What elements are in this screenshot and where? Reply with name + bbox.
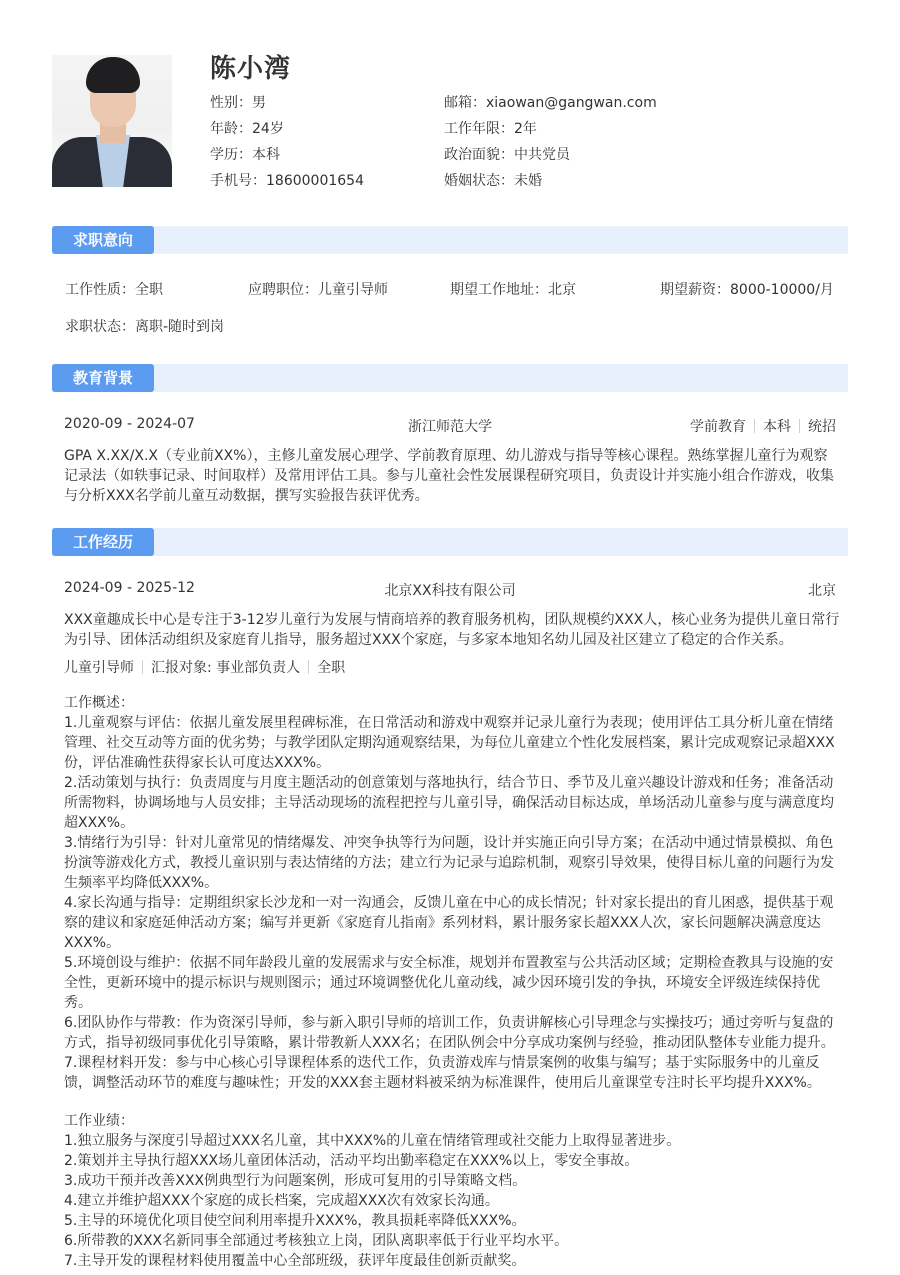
work-header-line: 2024-09 - 2025-12 北京XX科技有限公司 北京	[64, 580, 836, 600]
basic-info-left: 性别：男 年龄：24岁 学历：本科 手机号：18600001654	[210, 90, 364, 194]
info-email: 邮箱：xiaowan@gangwan.com	[444, 90, 657, 116]
education-description: GPA X.XX/X.X（专业前XX%），主修儿童发展心理学、学前教育原理、幼儿…	[64, 446, 840, 506]
info-degree: 学历：本科	[210, 142, 364, 168]
intent-position: 应聘职位：儿童引导师	[248, 279, 388, 299]
work-period: 2024-09 - 2025-12	[64, 580, 195, 600]
separator	[308, 660, 309, 674]
photo-hair	[86, 57, 140, 93]
intent-salary: 期望薪资：8000-10000/月	[660, 279, 834, 299]
info-age: 年龄：24岁	[210, 116, 364, 142]
education-period: 2020-09 - 2024-07	[64, 416, 195, 436]
profile-photo	[52, 55, 172, 187]
overview-item: 7.课程材料开发：参与中心核心引导课程体系的迭代工作，负责游戏库与情景案例的收集…	[64, 1053, 840, 1093]
section-header-work: 工作经历	[52, 528, 848, 556]
info-marital-status: 婚姻状态：未婚	[444, 168, 657, 194]
section-header-education: 教育背景	[52, 364, 848, 392]
education-tags: 学前教育本科统招	[690, 416, 836, 436]
separator	[142, 660, 143, 674]
work-city: 北京	[808, 580, 836, 600]
company-intro: XXX童趣成长中心是专注于3-12岁儿童行为发展与情商培养的教育服务机构，团队规…	[64, 610, 840, 650]
candidate-name: 陈小湾	[210, 48, 291, 85]
results-item: 4.建立并维护超XXX个家庭的成长档案，完成超XXX次有效家长沟通。	[64, 1191, 840, 1211]
results-item: 2.策划并主导执行超XXX场儿童团体活动，活动平均出勤率稳定在XXX%以上，零安…	[64, 1151, 840, 1171]
section-title-work: 工作经历	[52, 528, 154, 556]
work-results: 工作业绩： 1.独立服务与深度引导超过XXX名儿童，其中XXX%的儿童在情绪管理…	[64, 1111, 840, 1271]
info-phone: 手机号：18600001654	[210, 168, 364, 194]
overview-item: 2.活动策划与执行：负责周度与月度主题活动的创意策划与落地执行，结合节日、季节及…	[64, 773, 840, 833]
overview-item: 4.家长沟通与指导：定期组织家长沙龙和一对一沟通会，反馈儿童在中心的成长情况；针…	[64, 893, 840, 953]
results-title: 工作业绩：	[64, 1111, 840, 1131]
intent-status: 求职状态：离职-随时到岗	[65, 316, 224, 336]
overview-item: 3.情绪行为引导：针对儿童常见的情绪爆发、冲突争执等行为问题，设计并实施正向引导…	[64, 833, 840, 893]
results-item: 5.主导的环境优化项目使空间利用率提升XXX%，教具损耗率降低XXX%。	[64, 1211, 840, 1231]
work-tags: 儿童引导师汇报对象: 事业部负责人全职	[64, 658, 840, 678]
results-item: 1.独立服务与深度引导超过XXX名儿童，其中XXX%的儿童在情绪管理或社交能力上…	[64, 1131, 840, 1151]
separator	[754, 419, 755, 433]
intent-job-type: 工作性质：全职	[65, 279, 163, 299]
info-gender: 性别：男	[210, 90, 364, 116]
separator	[799, 419, 800, 433]
overview-item: 5.环境创设与维护：依据不同年龄段儿童的发展需求与安全标准，规划并布置教室与公共…	[64, 953, 840, 1013]
overview-item: 6.团队协作与带教：作为资深引导师，参与新入职引导师的培训工作，负责讲解核心引导…	[64, 1013, 840, 1053]
results-item: 7.主导开发的课程材料使用覆盖中心全部班级，获评年度最佳创新贡献奖。	[64, 1251, 840, 1271]
basic-info-right: 邮箱：xiaowan@gangwan.com 工作年限：2年 政治面貌：中共党员…	[444, 90, 657, 194]
intent-location: 期望工作地址：北京	[450, 279, 576, 299]
section-title-education: 教育背景	[52, 364, 154, 392]
info-work-years: 工作年限：2年	[444, 116, 657, 142]
overview-item: 1.儿童观察与评估：依据儿童发展里程碑标准，在日常活动和游戏中观察并记录儿童行为…	[64, 713, 840, 773]
info-political-status: 政治面貌：中共党员	[444, 142, 657, 168]
work-overview: 工作概述： 1.儿童观察与评估：依据儿童发展里程碑标准，在日常活动和游戏中观察并…	[64, 693, 840, 1093]
results-item: 3.成功干预并改善XXX例典型行为问题案例，形成可复用的引导策略文档。	[64, 1171, 840, 1191]
section-header-intent: 求职意向	[52, 226, 848, 254]
education-header-line: 2020-09 - 2024-07 浙江师范大学 学前教育本科统招	[64, 416, 836, 436]
section-title-intent: 求职意向	[52, 226, 154, 254]
overview-title: 工作概述：	[64, 693, 840, 713]
results-item: 6.所带教的XXX名新同事全部通过考核独立上岗，团队离职率低于行业平均水平。	[64, 1231, 840, 1251]
